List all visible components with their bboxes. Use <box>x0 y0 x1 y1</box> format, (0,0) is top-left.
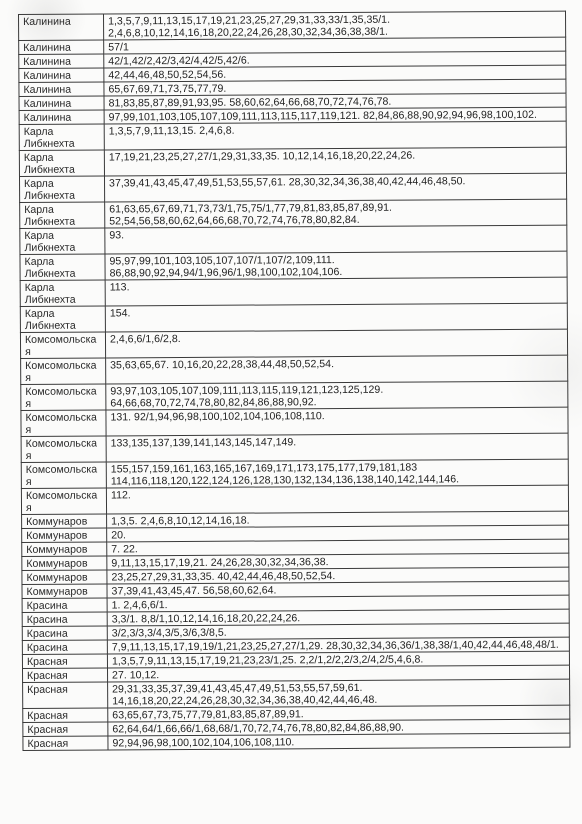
street-name-part: Комсомольска <box>26 463 102 475</box>
street-name-part: Либкнехта <box>24 138 100 150</box>
street-name-cell: КарлаЛибкнехта <box>19 150 104 177</box>
house-numbers-cell: 131. 92/1,94,96,98,100,102,104,106,108,1… <box>106 407 568 436</box>
street-name-cell: Красная <box>23 682 108 709</box>
house-numbers-line: 37,39,41,43,45,47,49,51,53,55,57,61. 28,… <box>109 175 562 190</box>
street-name-cell: Комсомольская <box>21 436 106 463</box>
street-name-cell: Комсомольская <box>21 488 106 515</box>
street-name-cell: КарлаЛибкнехта <box>20 280 105 307</box>
house-numbers-line: 35,63,65,67. 10,16,20,22,28,38,44,48,50,… <box>110 357 563 372</box>
street-name-cell: Комсомольская <box>20 332 105 359</box>
table-row: КарлаЛибкнехта1,3,5,7,9,11,13,15. 2,4,6,… <box>19 121 566 150</box>
street-name-part: я <box>26 501 102 513</box>
street-name-part: я <box>25 371 101 383</box>
street-name-part: Карла <box>24 230 100 242</box>
street-name-part: Комсомольска <box>26 437 102 449</box>
house-numbers-line: 133,135,137,139,141,143,145,147,149. <box>111 435 564 450</box>
street-name-cell: Красная <box>23 722 108 737</box>
house-numbers-cell: 29,31,33,35,37,39,41,43,45,47,49,51,53,5… <box>108 679 570 708</box>
house-numbers-cell: 17,19,21,23,25,27,27/1,29,31,33,35. 10,1… <box>104 147 566 176</box>
table-row: Красная29,31,33,35,37,39,41,43,45,47,49,… <box>23 679 570 708</box>
house-numbers-cell: 35,63,65,67. 10,16,20,22,28,38,44,48,50,… <box>106 355 568 384</box>
table-row: Комсомольская112. <box>21 485 568 514</box>
street-name-part: Либкнехта <box>25 268 101 280</box>
street-name-cell: Красная <box>22 668 107 683</box>
table-row: КарлаЛибкнехта95,97,99,101,103,105,107,1… <box>20 251 567 280</box>
street-name-part: Комсомольска <box>25 385 101 397</box>
table-row: Комсомольская2,4,6,6/1,6/2,8. <box>20 329 567 358</box>
street-name-cell: Калинина <box>19 40 104 55</box>
street-name-cell: Комсомольская <box>21 462 106 489</box>
street-name-cell: Калинина <box>19 54 104 69</box>
street-name-cell: КарлаЛибкнехта <box>20 228 105 255</box>
street-name-part: Карла <box>24 204 100 216</box>
street-name-part: Комсомольска <box>25 411 101 423</box>
house-numbers-line: 113. <box>110 279 563 294</box>
street-name-cell: КарлаЛибкнехта <box>19 176 104 203</box>
house-numbers-line: 112. <box>111 487 564 502</box>
street-name-cell: Калинина <box>19 82 104 97</box>
table-row: КарлаЛибкнехта154. <box>20 303 567 332</box>
street-name-part: Комсомольска <box>25 333 101 345</box>
street-name-part: я <box>25 397 101 409</box>
street-name-cell: Красина <box>22 640 107 655</box>
street-name-part: Комсомольска <box>26 489 102 501</box>
table-row: Комсомольская93,97,103,105,107,109,111,1… <box>21 381 568 410</box>
house-numbers-cell: 92,94,96,98,100,102,104,106,108,110. <box>108 733 570 750</box>
street-name-part: я <box>26 475 102 487</box>
house-numbers-line: 2,4,6,6/1,6/2,8. <box>110 331 563 346</box>
street-name-part: Карла <box>24 126 100 138</box>
street-name-part: Либкнехта <box>24 190 100 202</box>
street-name-part: Карла <box>24 178 100 190</box>
street-name-part: Карла <box>25 282 101 294</box>
street-name-cell: Калинина <box>19 68 104 83</box>
street-name-part: Карла <box>24 152 100 164</box>
table-row: Комсомольская155,157,159,161,163,165,167… <box>21 459 568 488</box>
street-name-cell: Комсомольская <box>21 384 106 411</box>
street-name-cell: Коммунаров <box>22 570 107 585</box>
house-numbers-cell: 133,135,137,139,141,143,145,147,149. <box>106 433 568 462</box>
street-name-cell: КарлаЛибкнехта <box>20 306 105 333</box>
street-name-cell: Красина <box>22 598 107 613</box>
house-numbers-cell: 1,3,5,7,9,11,13,15,17,19,21,23,25,27,29,… <box>104 11 566 40</box>
street-name-part: Комсомольска <box>25 359 101 371</box>
table-row: КарлаЛибкнехта93. <box>20 225 567 254</box>
house-numbers-line: 1,3,5,7,9,11,13,15. 2,4,6,8. <box>109 123 562 138</box>
street-name-cell: Калинина <box>19 96 104 111</box>
table-row: Калинина1,3,5,7,9,11,13,15,17,19,21,23,2… <box>19 11 566 40</box>
address-table: Калинина1,3,5,7,9,11,13,15,17,19,21,23,2… <box>18 11 570 751</box>
street-name-cell: КарлаЛибкнехта <box>20 202 105 229</box>
street-name-part: я <box>26 423 102 435</box>
house-numbers-cell: 113. <box>105 277 567 306</box>
street-name-part: я <box>26 449 102 461</box>
house-numbers-line: 93. <box>109 227 562 242</box>
street-name-cell: Коммунаров <box>22 528 107 543</box>
table-row: Комсомольская131. 92/1,94,96,98,100,102,… <box>21 407 568 436</box>
street-name-part: Карла <box>25 307 101 319</box>
street-name-cell: Коммунаров <box>22 556 107 571</box>
street-name-cell: Коммунаров <box>22 514 107 529</box>
house-numbers-cell: 112. <box>106 485 568 514</box>
street-name-cell: Комсомольская <box>21 358 106 385</box>
street-name-part: Карла <box>24 256 100 268</box>
street-name-cell: Красная <box>23 708 108 723</box>
table-row: КарлаЛибкнехта113. <box>20 277 567 306</box>
street-name-part: Либкнехта <box>25 293 101 305</box>
street-name-cell: Красная <box>22 654 107 669</box>
house-numbers-line: 154. <box>110 305 563 320</box>
street-name-part: я <box>25 345 101 357</box>
house-numbers-cell: 95,97,99,101,103,105,107,107/1,107/2,109… <box>105 251 567 280</box>
street-name-part: Либкнехта <box>24 242 100 254</box>
street-name-cell: Красина <box>22 612 107 627</box>
house-numbers-cell: 61,63,65,67,69,71,73,73/1,75,75/1,77,79,… <box>105 199 567 228</box>
street-name-cell: Калинина <box>19 14 104 41</box>
table-row: Красная92,94,96,98,100,102,104,106,108,1… <box>23 733 570 750</box>
house-numbers-line: 17,19,21,23,25,27,27/1,29,31,33,35. 10,1… <box>109 149 562 164</box>
table-row: КарлаЛибкнехта37,39,41,43,45,47,49,51,53… <box>19 173 566 202</box>
table-row: КарлаЛибкнехта17,19,21,23,25,27,27/1,29,… <box>19 147 566 176</box>
house-numbers-cell: 1,3,5,7,9,11,13,15. 2,4,6,8. <box>104 121 566 150</box>
house-numbers-cell: 154. <box>105 303 567 332</box>
house-numbers-cell: 2,4,6,6/1,6/2,8. <box>105 329 567 358</box>
street-name-cell: Коммунаров <box>22 584 107 599</box>
table-row: Комсомольская35,63,65,67. 10,16,20,22,28… <box>21 355 568 384</box>
street-name-cell: Комсомольская <box>21 410 106 437</box>
house-numbers-cell: 93. <box>105 225 567 254</box>
street-name-part: Либкнехта <box>25 319 101 331</box>
street-name-cell: Красная <box>23 736 108 751</box>
table-row: Комсомольская133,135,137,139,141,143,145… <box>21 433 568 462</box>
house-numbers-line: 92,94,96,98,100,102,104,106,108,110. <box>112 735 565 750</box>
house-numbers-line: 131. 92/1,94,96,98,100,102,104,106,108,1… <box>110 409 563 424</box>
house-numbers-cell: 37,39,41,43,45,47,49,51,53,55,57,61. 28,… <box>104 173 566 202</box>
street-name-cell: Калинина <box>19 110 104 125</box>
street-name-cell: Красина <box>22 626 107 641</box>
house-numbers-cell: 93,97,103,105,107,109,111,113,115,119,12… <box>106 381 568 410</box>
street-name-cell: Коммунаров <box>22 542 107 557</box>
house-numbers-cell: 155,157,159,161,163,165,167,169,171,173,… <box>106 459 568 488</box>
street-name-cell: КарлаЛибкнехта <box>19 124 104 151</box>
street-name-cell: КарлаЛибкнехта <box>20 254 105 281</box>
address-table-body: Калинина1,3,5,7,9,11,13,15,17,19,21,23,2… <box>19 11 570 750</box>
street-name-part: Либкнехта <box>24 164 100 176</box>
table-row: КарлаЛибкнехта61,63,65,67,69,71,73,73/1,… <box>20 199 567 228</box>
street-name-part: Либкнехта <box>24 216 100 228</box>
